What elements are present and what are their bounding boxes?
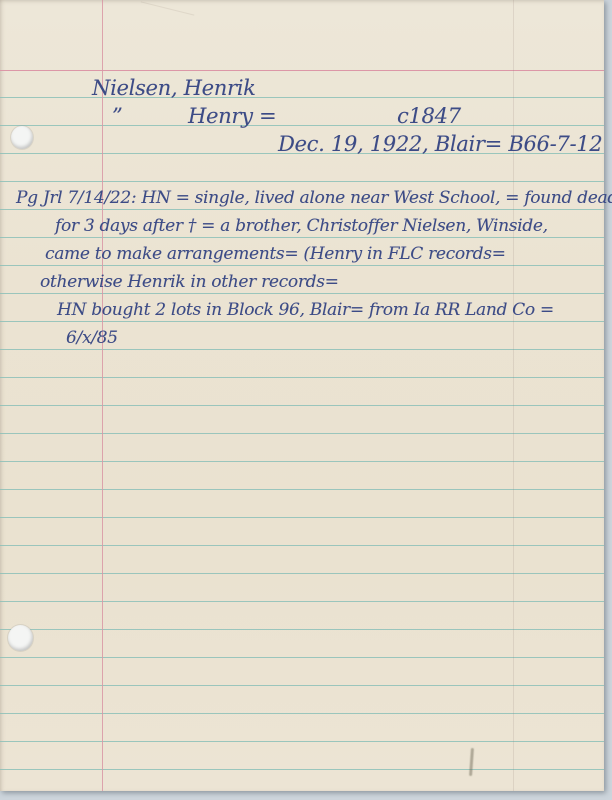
handwriting-body-line: Pg Jrl 7/14/22: HN = single, lived alone… bbox=[16, 186, 612, 210]
handwriting-birth-year: c1847 bbox=[397, 103, 461, 129]
handwriting-surname-line: Nielsen, Henrik bbox=[92, 75, 256, 101]
punch-hole-bottom bbox=[8, 625, 33, 651]
handwriting-body-line: came to make arrangements= (Henry in FLC… bbox=[45, 242, 506, 266]
handwriting-body-line: HN bought 2 lots in Block 96, Blair= fro… bbox=[57, 298, 554, 322]
handwriting-ditto-mark: ” bbox=[112, 103, 122, 129]
handwriting-body-line: 6/x/85 bbox=[66, 326, 118, 350]
paper-crease-vertical bbox=[513, 0, 514, 791]
punch-hole-top bbox=[11, 126, 33, 149]
handwriting-alt-name: Henry = bbox=[188, 103, 276, 129]
handwriting-death-line: Dec. 19, 1922, Blair= B66-7-12 bbox=[278, 131, 602, 157]
scanned-page-background: { "document": { "kind": "Scanned handwri… bbox=[0, 0, 612, 800]
handwriting-body-line: otherwise Henrik in other records= bbox=[40, 270, 339, 294]
paper-crease-top bbox=[141, 1, 195, 15]
paper-sheet: Nielsen, Henrik ” Henry = c1847 Dec. 19,… bbox=[0, 0, 604, 791]
handwriting-body-line: for 3 days after † = a brother, Christof… bbox=[55, 214, 548, 238]
pink-margin-rule bbox=[102, 0, 103, 791]
